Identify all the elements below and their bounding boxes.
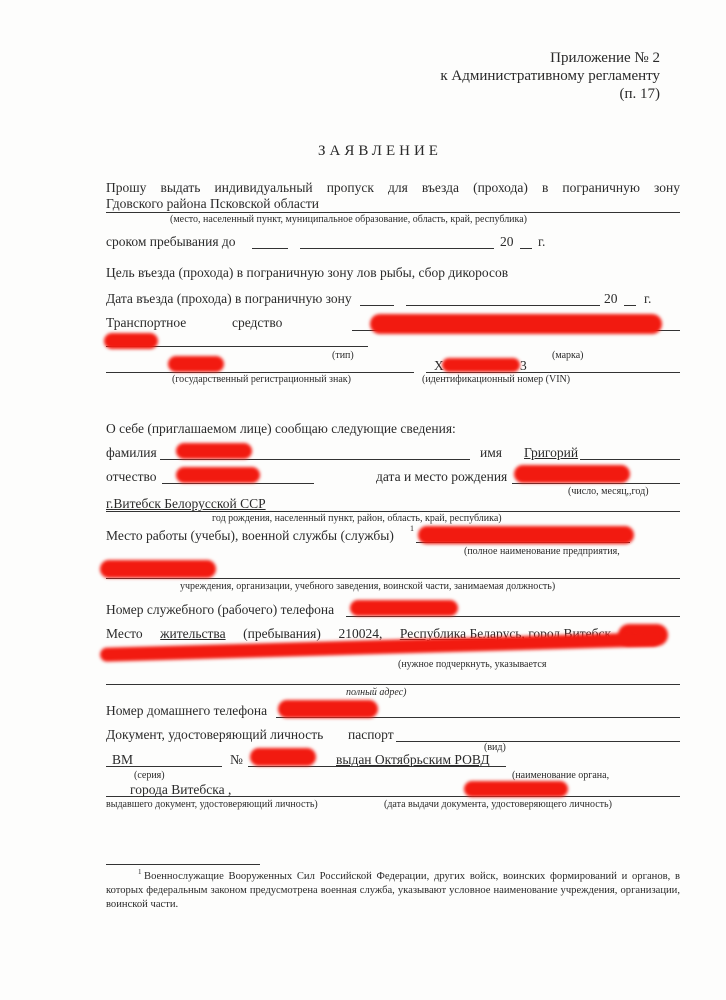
issuer-caption: (наименование органа, <box>512 770 609 781</box>
request-text: Прошу выдать индивидуальный пропуск для … <box>106 180 680 196</box>
birth-date-field[interactable] <box>512 483 680 484</box>
plate-field[interactable] <box>106 372 414 373</box>
issuer-caption-2: выдавшего документ, удостоверяющий лично… <box>106 799 318 810</box>
redaction-issue-date <box>464 781 568 797</box>
surname-field[interactable] <box>160 459 470 460</box>
birth-date-caption: (число, месяц,,год) <box>568 486 649 497</box>
place-caption: (место, населенный пункт, муниципальное … <box>170 214 527 225</box>
stay-year-field[interactable] <box>520 248 532 249</box>
name-label: имя <box>480 445 502 461</box>
redaction-work-phone <box>350 600 458 616</box>
residence-caption-1: (нужное подчеркнуть, указывается <box>398 659 546 670</box>
work-label: Место работы (учебы), военной службы (сл… <box>106 528 394 544</box>
redaction-surname <box>176 443 252 459</box>
patronymic-field[interactable] <box>162 483 314 484</box>
issue-date-caption: (дата выдачи документа, удостоверяющего … <box>384 799 612 810</box>
about-intro: О себе (приглашаемом лице) сообщаю следу… <box>106 421 456 437</box>
redaction-patronymic <box>176 467 260 483</box>
page-title: ЗАЯВЛЕНИЕ <box>318 143 442 160</box>
purpose-text[interactable]: Цель въезда (прохода) в пограничную зону… <box>106 265 508 281</box>
birthplace-line <box>106 511 680 512</box>
entry-year-suffix: г. <box>644 291 651 307</box>
work-line-2[interactable] <box>106 578 680 579</box>
redaction-work <box>418 526 634 544</box>
residence-label-underlined: жительства <box>160 626 225 642</box>
id-document-label: Документ, удостоверяющий личность <box>106 727 323 743</box>
vin-field[interactable] <box>426 372 680 373</box>
redaction-plate <box>168 356 224 372</box>
work-caption-1: (полное наименование предприятия, <box>464 546 620 557</box>
place-value[interactable]: Гдовского района Псковской области <box>106 196 319 212</box>
vin-end: 3 <box>520 358 527 374</box>
passport-number-label: № <box>230 752 243 768</box>
stay-year-suffix: г. <box>538 234 545 250</box>
redaction-birth-date <box>514 465 630 483</box>
residence-label-1: Место <box>106 626 143 642</box>
redaction-vin <box>442 358 520 372</box>
residence-caption-2: полный адрес) <box>346 687 406 698</box>
id-document-type-line <box>396 741 680 742</box>
footnote-text: Военнослужащие Вооруженных Сил Российско… <box>106 870 680 912</box>
stay-label: сроком пребывания до <box>106 234 236 250</box>
passport-series-line <box>106 766 222 767</box>
entry-date-label: Дата въезда (прохода) в пограничную зону <box>106 291 352 307</box>
work-phone-label: Номер служебного (рабочего) телефона <box>106 602 334 618</box>
patronymic-label: отчество <box>106 469 157 485</box>
entry-day-field[interactable] <box>360 305 394 306</box>
vehicle-label-1: Транспортное <box>106 315 186 331</box>
name-line <box>580 459 680 460</box>
footnote-separator <box>106 864 260 865</box>
entry-year-prefix: 20 <box>604 291 618 307</box>
redaction-passport-number <box>250 748 316 766</box>
place-line <box>106 212 680 213</box>
birthplace-caption: год рождения, населенный пункт, район, о… <box>212 513 502 524</box>
appendix-clause: (п. 17) <box>619 86 660 103</box>
vin-caption: (идентификационный номер (VIN) <box>422 374 570 385</box>
home-phone-label: Номер домашнего телефона <box>106 703 267 719</box>
issuer-line <box>106 796 680 797</box>
name-value[interactable]: Григорий <box>524 445 578 461</box>
residence-label-2: (пребывания) <box>243 626 321 642</box>
stay-month-field[interactable] <box>300 248 494 249</box>
surname-label: фамилия <box>106 445 157 461</box>
entry-month-field[interactable] <box>406 305 600 306</box>
redaction-home-phone <box>278 700 378 718</box>
vehicle-type-caption: (тип) <box>332 350 354 361</box>
work-footnote-mark: 1 <box>410 524 414 533</box>
work-caption-2: учреждения, организации, учебного заведе… <box>180 581 555 592</box>
birth-label: дата и место рождения <box>376 469 507 485</box>
entry-year-field[interactable] <box>624 305 636 306</box>
appendix-regulation: к Административному регламенту <box>440 68 660 85</box>
passport-series-caption: (серия) <box>134 770 165 781</box>
stay-day-field[interactable] <box>252 248 288 249</box>
passport-issued-by[interactable]: выдан Октябрьским РОВД <box>336 752 490 768</box>
vehicle-brand-caption: (марка) <box>552 350 584 361</box>
residence-line-2[interactable] <box>106 684 680 685</box>
redaction-vehicle <box>370 314 662 334</box>
birthplace-value[interactable]: г.Витебск Белорусской ССР <box>106 496 266 512</box>
appendix-number: Приложение № 2 <box>550 50 660 67</box>
redaction-vehicle-type <box>104 333 158 349</box>
id-document-type[interactable]: паспорт <box>348 727 394 743</box>
stay-year-prefix: 20 <box>500 234 514 250</box>
redaction-work-2 <box>100 560 216 578</box>
vehicle-label-2: средство <box>232 315 282 331</box>
work-phone-field[interactable] <box>346 616 680 617</box>
plate-caption: (государственный регистрационный знак) <box>172 374 351 385</box>
